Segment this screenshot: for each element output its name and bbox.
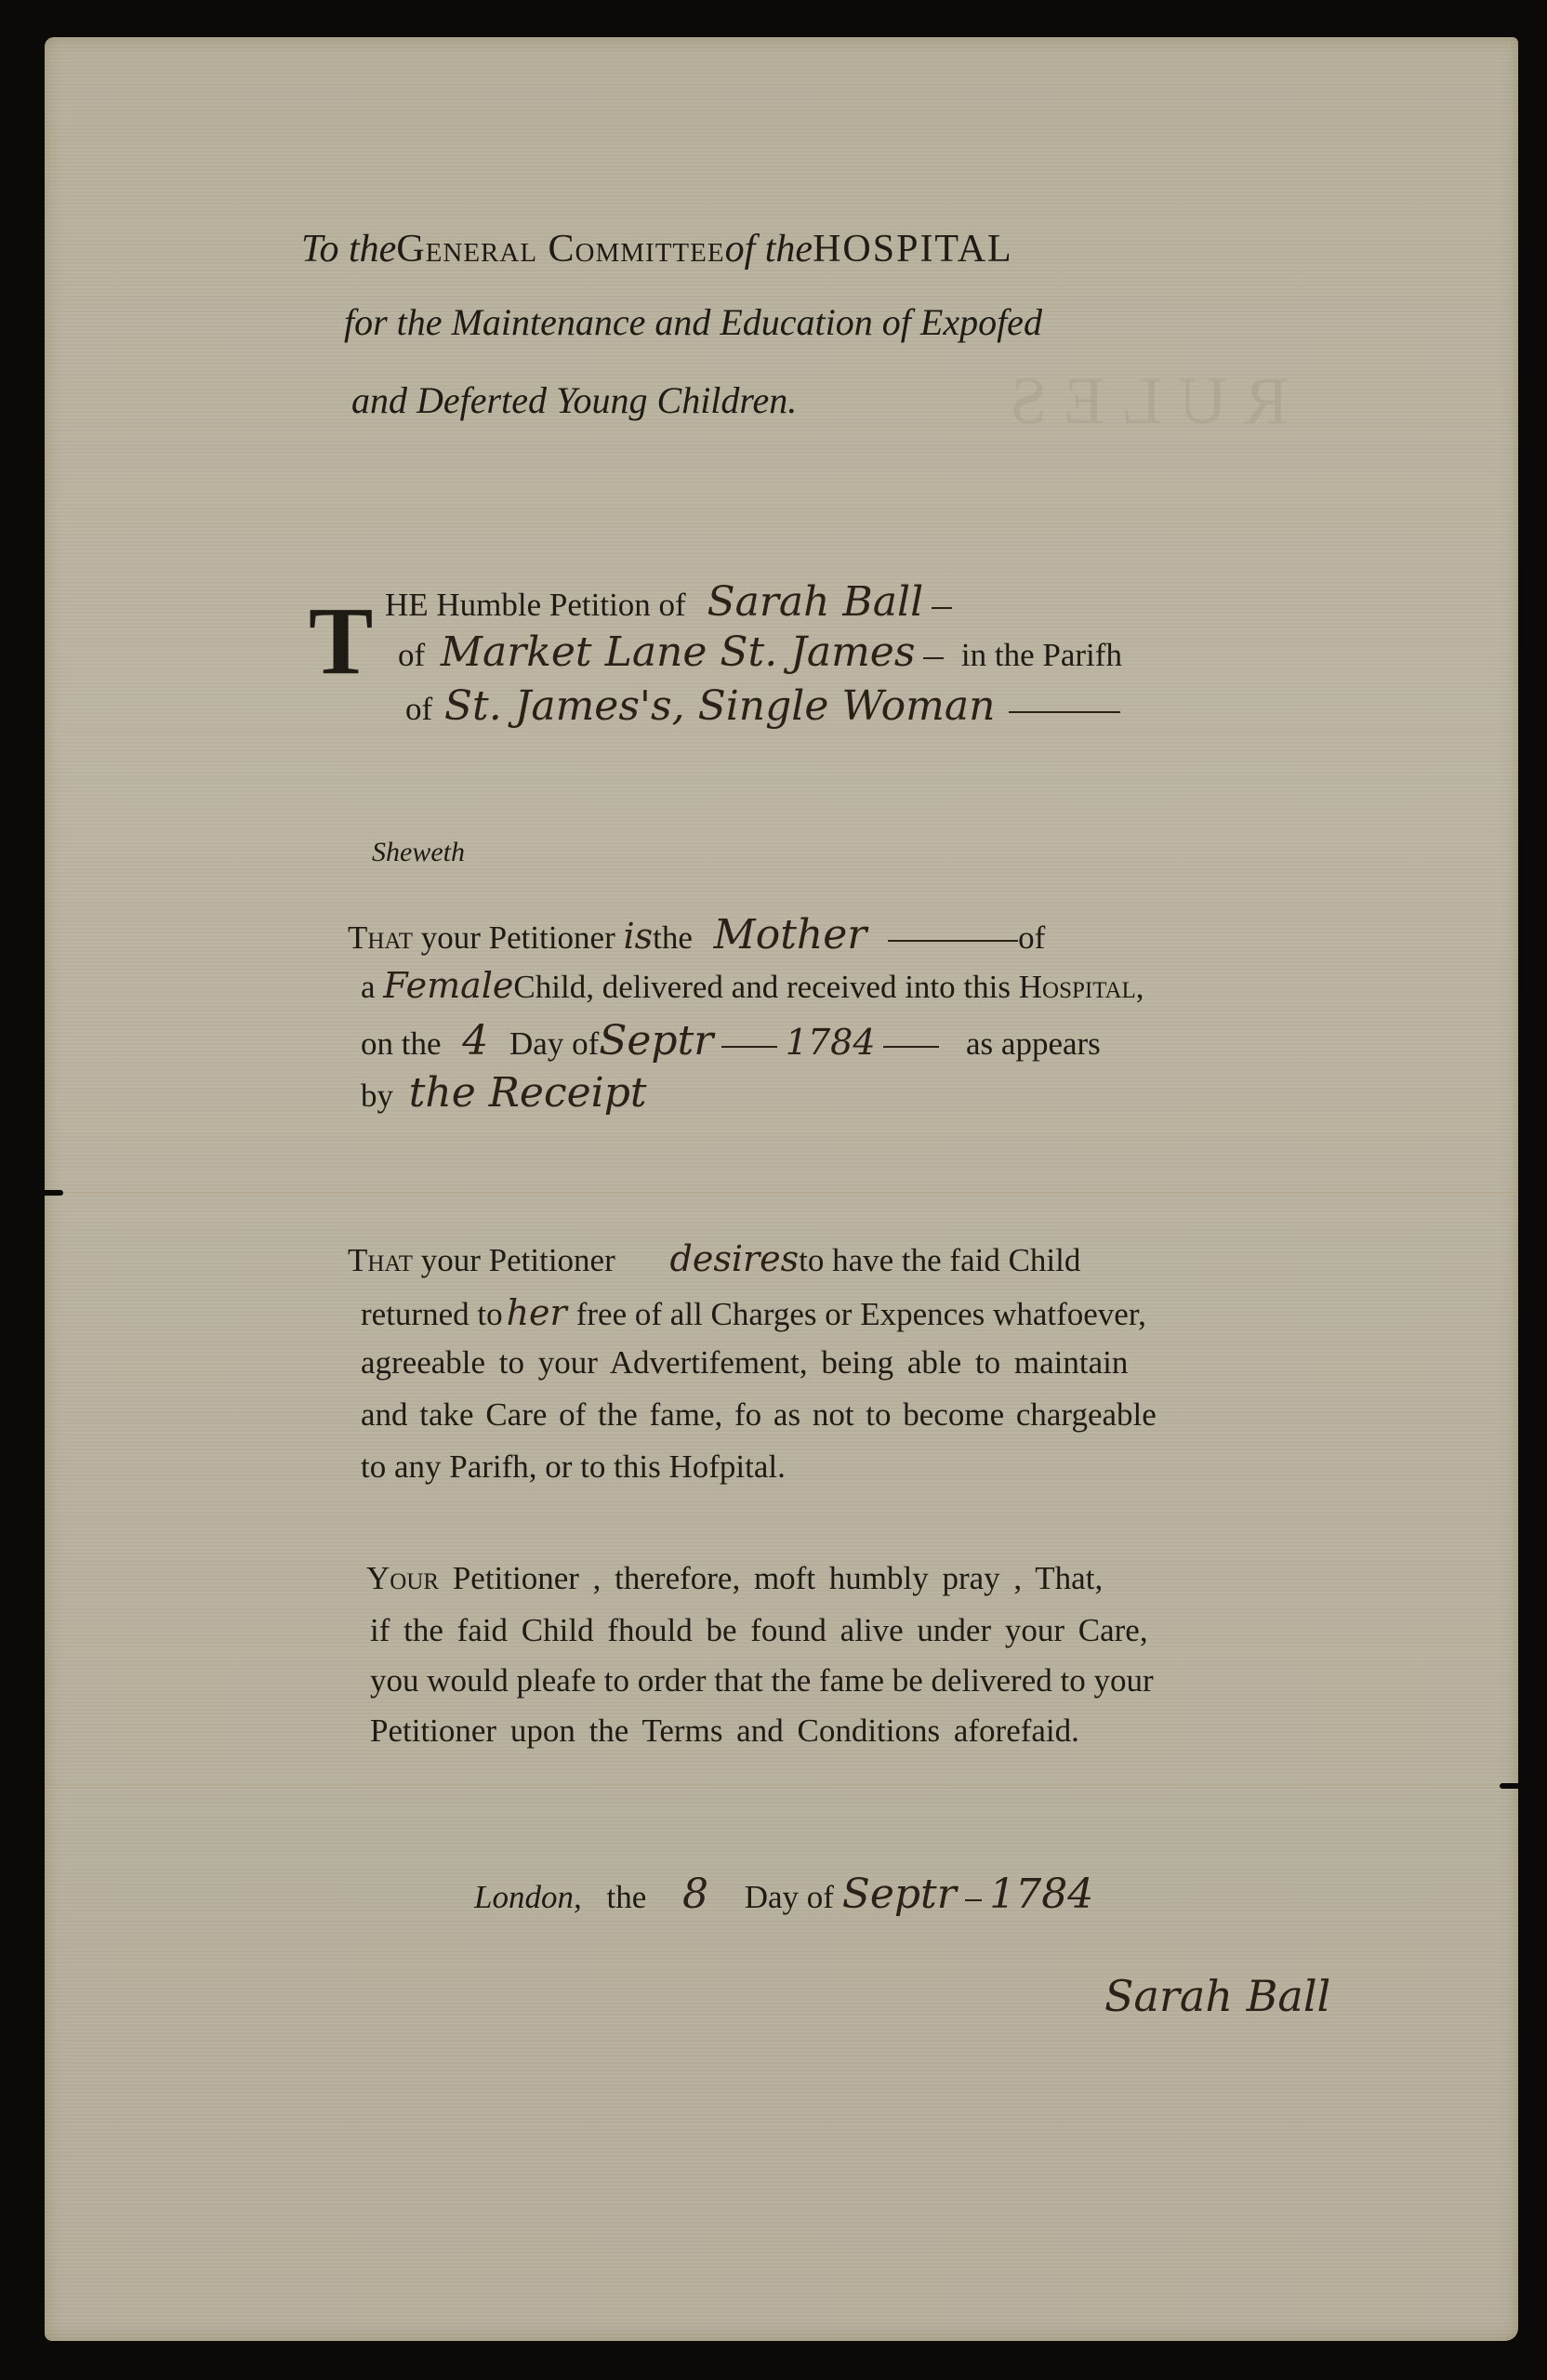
edge-notch-left [43, 1190, 63, 1196]
handwritten-dash [888, 940, 1018, 942]
heading-line-1: To theGeneral Committeeof theHOSPITAL [301, 227, 1013, 271]
printed-of: of [405, 691, 432, 727]
printed-text: to have the faid Child [799, 1242, 1080, 1278]
handwritten-dash [923, 657, 944, 659]
heading-line-2: for the Maintenance and Education of Exp… [344, 300, 1042, 344]
printed-text: Day of [509, 1025, 599, 1062]
edge-notch-right [1500, 1783, 1520, 1789]
printed-text: by [361, 1078, 393, 1114]
handwritten-parish-status: St. James's, Single Woman [444, 682, 996, 730]
para1-line-2: a FemaleChild, delivered and received in… [361, 965, 1144, 1006]
petition-line-1: HE Humble Petition of Sarah Ball [385, 578, 952, 626]
printed-text: Child, delivered and received into this [513, 969, 1011, 1005]
printed-hospital: Hospital, [1019, 969, 1144, 1005]
para3-line-3: you would pleafe to order that the fame … [370, 1662, 1154, 1699]
printed-text: as appears [966, 1025, 1101, 1062]
printed-text: on the [361, 1025, 442, 1062]
handwritten-address: Market Lane St. James [441, 628, 916, 676]
heading-of-the: of the [725, 228, 813, 271]
printed-text: a [361, 969, 376, 1005]
printed-text: of [1018, 919, 1045, 956]
para2-that: That [348, 1242, 413, 1278]
para2-line-4: and take Care of the fame, fo as not to … [361, 1396, 1157, 1434]
handwritten-dash [932, 607, 952, 609]
printed-of: of [398, 637, 425, 673]
printed-london: London, [474, 1879, 582, 1915]
handwritten-month: Septr [599, 1017, 713, 1064]
para1-line-3: on the 4 Day ofSeptr 1784 as appears [361, 1017, 1101, 1064]
para2-line-3: agreeable to your Advertifement, being a… [361, 1344, 1128, 1382]
printed-parish-label: in the Parifh [961, 637, 1122, 673]
signature: Sarah Ball [1104, 1971, 1330, 2021]
handwritten-day: 4 [462, 1017, 488, 1064]
heading-line-3: and Deferted Young Children. [351, 378, 797, 422]
para3-line-2: if the faid Child fhould be found alive … [370, 1612, 1148, 1649]
printed-text: the [653, 919, 693, 956]
heading-hospital: HOSPITAL [813, 228, 1013, 271]
show-through-ghost-text: RULES [993, 363, 1289, 440]
fold-crease-upper [45, 1192, 1518, 1195]
handwritten-flourish [1009, 711, 1120, 713]
handwritten-dash [883, 1046, 939, 1048]
printed-text: your Petitioner [421, 919, 615, 956]
para3-line-4: Petitioner upon the Terms and Conditions… [370, 1712, 1079, 1750]
handwritten-relation: Mother [714, 911, 867, 959]
handwritten-dash [965, 1899, 982, 1901]
printed-text: Petitioner , therefore, moft humbly pray… [453, 1560, 1103, 1596]
handwritten-is: is [624, 916, 654, 957]
heading-general-committee: General Committee [396, 228, 724, 271]
printed-text: Day of [745, 1879, 834, 1915]
sheweth-label: Sheweth [372, 837, 465, 868]
para1-line-1: That your Petitioner isthe Mother of [348, 911, 1045, 959]
printed-text: your Petitioner [421, 1242, 615, 1278]
para3-your: Your [366, 1560, 439, 1596]
handwritten-month: Septr [842, 1871, 957, 1918]
handwritten-year: 1784 [989, 1871, 1093, 1918]
para1-line-4: by the Receipt [361, 1069, 647, 1117]
fold-crease-lower [45, 1785, 1518, 1788]
para2-line-2: returned toherfree of all Charges or Exp… [361, 1292, 1146, 1333]
para3-line-1: Your Petitioner , therefore, moft humbly… [366, 1560, 1103, 1597]
handwritten-dash [721, 1046, 777, 1048]
handwritten-evidence: the Receipt [409, 1069, 647, 1117]
dropcap-initial: T [309, 593, 373, 690]
handwritten-petitioner-name: Sarah Ball [707, 578, 923, 626]
heading-to-the: To the [301, 228, 396, 271]
handwritten-day: 8 [682, 1871, 708, 1918]
petition-line-3: of St. James's, Single Woman [405, 682, 1120, 730]
dateline: London, the 8 Day of Septr 1784 [474, 1871, 1093, 1918]
petition-document-page: RULES To theGeneral Committeeof theHOSPI… [45, 37, 1518, 2341]
handwritten-desires: desires [670, 1238, 800, 1279]
printed-text: free of all Charges or Expences whatfoev… [576, 1296, 1146, 1332]
handwritten-year: 1784 [786, 1022, 876, 1063]
petition-printed-text: HE Humble Petition of [385, 587, 686, 623]
handwritten-child-sex: Female [383, 965, 513, 1006]
para2-line-1: That your Petitioner desiresto have the … [348, 1238, 1080, 1279]
printed-text: returned to [361, 1296, 503, 1332]
para2-line-5: to any Parifh, or to this Hofpital. [361, 1448, 786, 1486]
printed-text: the [606, 1879, 646, 1915]
para1-that: That [348, 919, 413, 956]
handwritten-pronoun: her [507, 1292, 567, 1333]
petition-line-2: of Market Lane St. James in the Parifh [398, 628, 1122, 676]
